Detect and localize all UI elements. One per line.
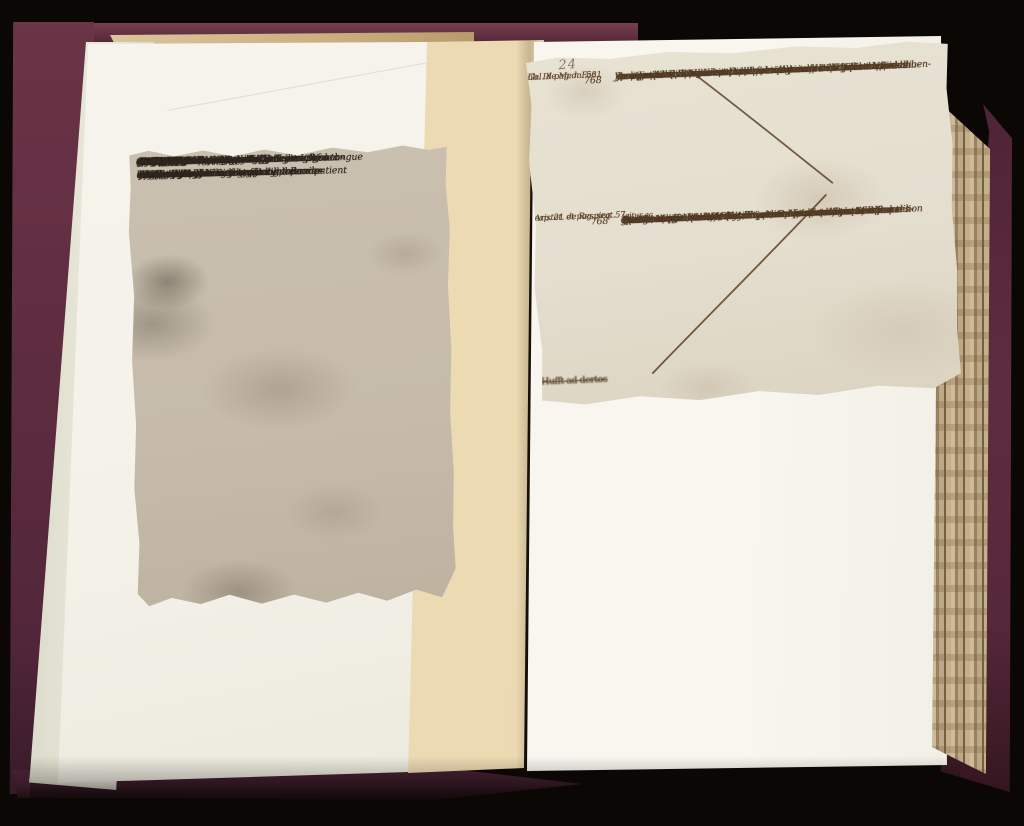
right-manuscript-fragment: 24 Gal. de Med. Fac. lib. IX pag. m. 581… [524, 39, 964, 408]
bottom-shadow [30, 756, 960, 812]
cancellation-stroke-2 [646, 195, 833, 373]
cancellation-strokes [524, 39, 964, 408]
english-draft-text: Directions according to to accidents & E… [138, 149, 452, 602]
manuscript-album-photograph: Directions according to to accidents & E… [0, 0, 1024, 826]
ink-text: maladys happening to a poor man [136, 165, 293, 182]
cancellation-stroke-1 [691, 66, 833, 188]
left-manuscript-fragment: Directions according to to accidents & E… [126, 143, 458, 608]
